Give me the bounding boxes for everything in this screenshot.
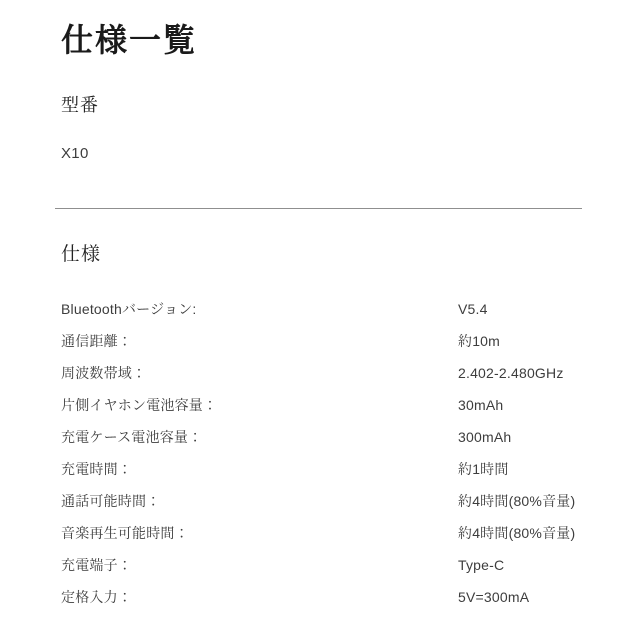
spec-row: 音楽再生可能時間： 約4時間(80%音量) <box>61 517 582 549</box>
spec-label: 定格入力： <box>61 588 458 606</box>
spec-label: 音楽再生可能時間： <box>61 524 458 542</box>
spec-row: 片側イヤホン電池容量： 30mAh <box>61 389 582 421</box>
model-section-heading: 型番 <box>61 96 582 115</box>
spec-label: 充電端子： <box>61 556 458 574</box>
spec-label: 周波数帯域： <box>61 364 458 382</box>
spec-row: 周波数帯域： 2.402-2.480GHz <box>61 357 582 389</box>
spec-row: 充電時間： 約1時間 <box>61 453 582 485</box>
section-divider <box>55 208 582 209</box>
spec-value: V5.4 <box>458 300 582 318</box>
spec-row: 充電ケース電池容量： 300mAh <box>61 421 582 453</box>
spec-value: 約10m <box>458 332 582 350</box>
spec-value: 300mAh <box>458 428 582 446</box>
spec-content: 仕様一覧 型番 X10 仕様 Bluetoothバージョン: V5.4 通信距離… <box>0 0 640 613</box>
spec-page: 仕様一覧 型番 X10 仕様 Bluetoothバージョン: V5.4 通信距離… <box>0 0 640 640</box>
spec-label: 充電時間： <box>61 460 458 478</box>
spec-label: 通話可能時間： <box>61 492 458 510</box>
spec-row: 定格入力： 5V=300mA <box>61 581 582 613</box>
spec-row: 通信距離： 約10m <box>61 325 582 357</box>
spec-row: 充電端子： Type-C <box>61 549 582 581</box>
spec-value: 約1時間 <box>458 460 582 478</box>
spec-row: 通話可能時間： 約4時間(80%音量) <box>61 485 582 517</box>
spec-label: 片側イヤホン電池容量： <box>61 396 458 414</box>
spec-value: 約4時間(80%音量) <box>458 492 582 510</box>
spec-value: 5V=300mA <box>458 588 582 606</box>
spec-value: Type-C <box>458 556 582 574</box>
spec-label: Bluetoothバージョン: <box>61 300 458 318</box>
spec-value: 約4時間(80%音量) <box>458 524 582 542</box>
spec-value: 2.402-2.480GHz <box>458 364 582 382</box>
spec-table: Bluetoothバージョン: V5.4 通信距離： 約10m 周波数帯域： 2… <box>61 293 582 613</box>
spec-label: 通信距離： <box>61 332 458 350</box>
spec-value: 30mAh <box>458 396 582 414</box>
model-number-value: X10 <box>61 146 582 162</box>
spec-row: Bluetoothバージョン: V5.4 <box>61 293 582 325</box>
spec-section-heading: 仕様 <box>61 244 582 266</box>
page-title: 仕様一覧 <box>61 0 582 59</box>
spec-label: 充電ケース電池容量： <box>61 428 458 446</box>
